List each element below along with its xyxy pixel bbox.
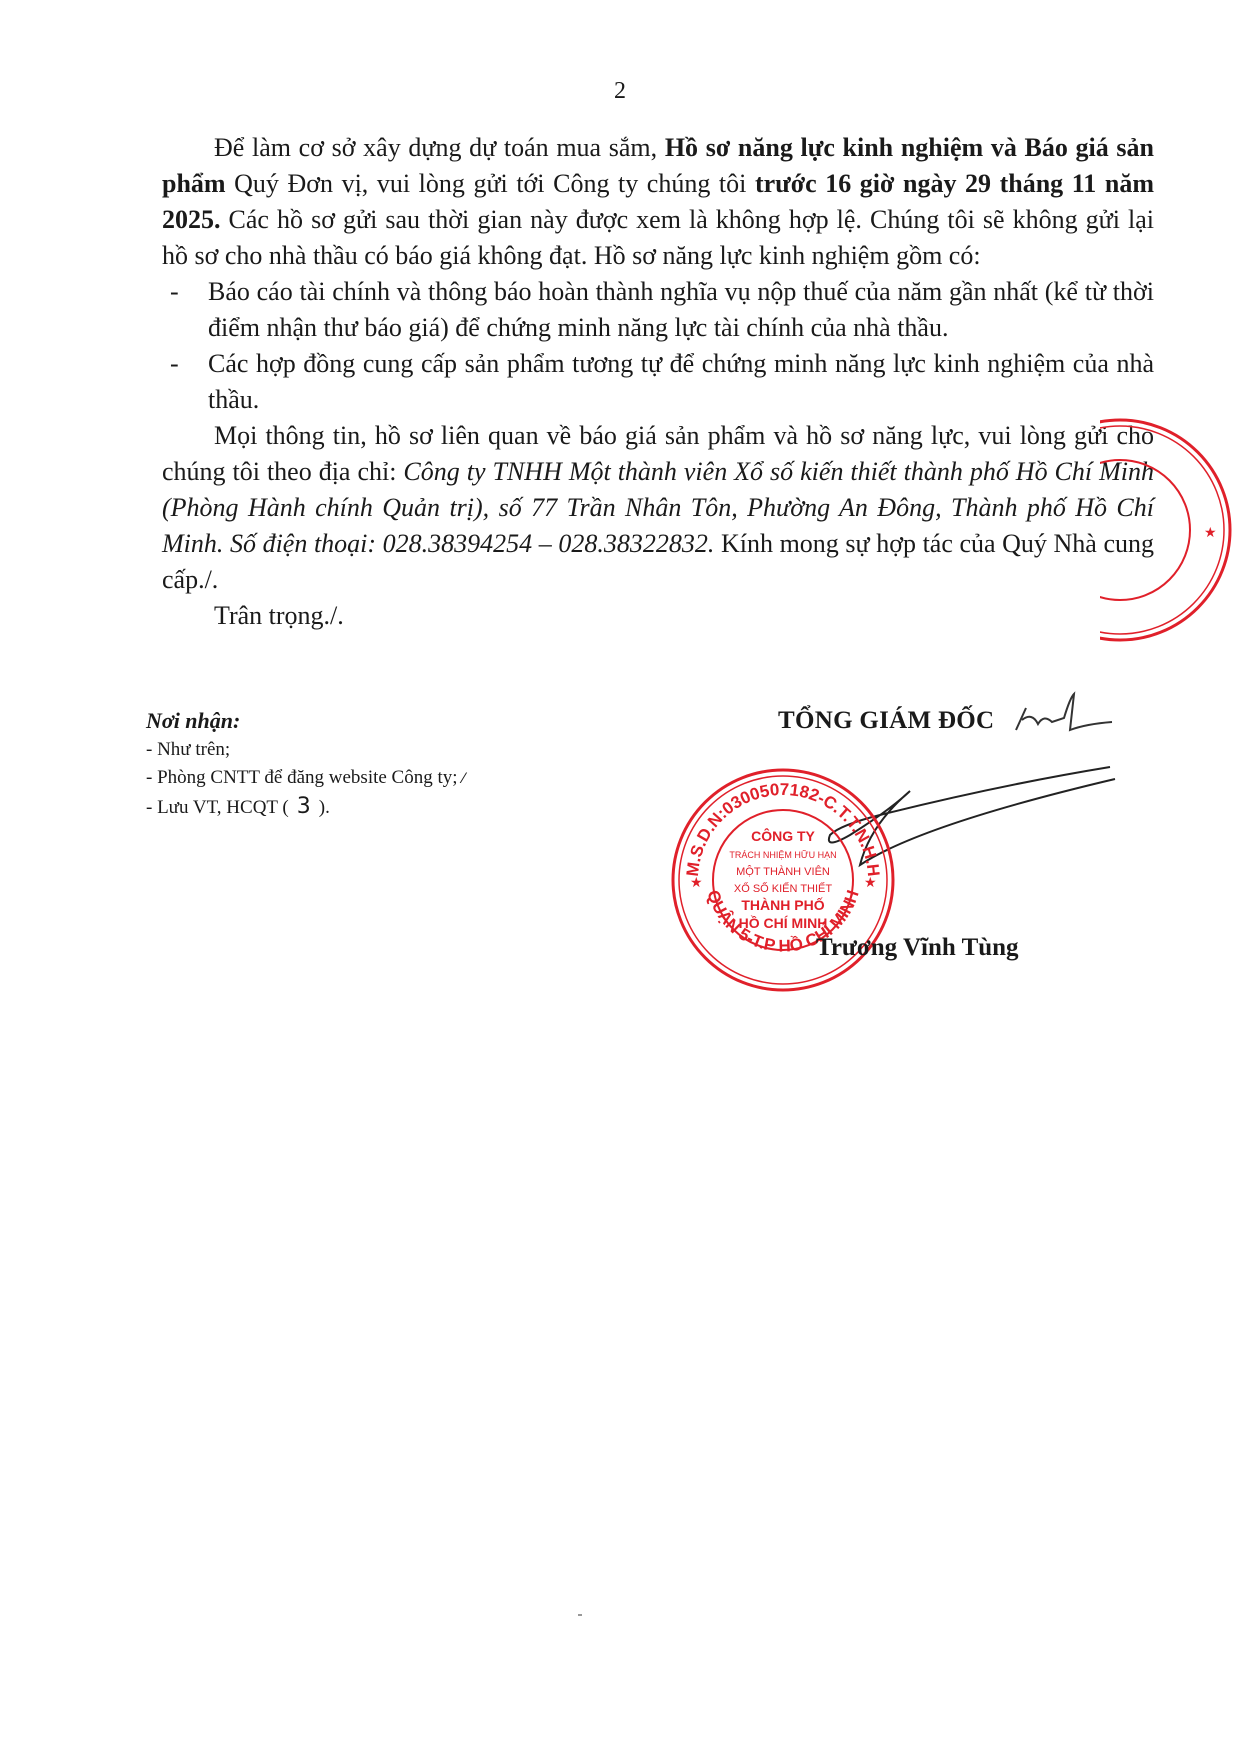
closing: Trân trọng./. [162,598,1154,634]
list-item-text: Các hợp đồng cung cấp sản phẩm tương tự … [208,349,1154,414]
scan-artifact [578,1614,582,1616]
paragraph-contact: Mọi thông tin, hồ sơ liên quan về báo gi… [162,418,1154,598]
recipient-item: - Phòng CNTT để đăng website Công ty; ⁄ [146,764,465,793]
svg-text:HỒ CHÍ MINH: HỒ CHÍ MINH [739,914,828,931]
dash-marker: - [170,274,179,310]
list-item: -Báo cáo tài chính và thông báo hoàn thà… [162,274,1154,346]
list-item: -Các hợp đồng cung cấp sản phẩm tương tự… [162,346,1154,418]
text-run: Để làm cơ sở xây dựng dự toán mua sắm, [214,133,665,162]
text-run: Quý Đơn vị, vui lòng gửi tới Công ty chú… [226,169,755,198]
signer-name: Trương Vĩnh Tùng [816,934,1019,962]
recipients-block: Nơi nhận: - Như trên; - Phòng CNTT để đă… [146,706,465,822]
svg-text:MỘT THÀNH VIÊN: MỘT THÀNH VIÊN [736,865,830,878]
requirements-list: -Báo cáo tài chính và thông báo hoàn thà… [162,274,1154,418]
paragraph-request: Để làm cơ sở xây dựng dự toán mua sắm, H… [162,130,1154,274]
svg-text:THÀNH PHỐ: THÀNH PHỐ [741,896,824,913]
dash-marker: - [170,346,179,382]
page-number: 2 [0,78,1240,105]
recipient-item: - Lưu VT, HCQT (3). [146,793,465,822]
recipient-item: - Như trên; [146,736,465,764]
initials-signature-icon [1008,690,1118,740]
svg-text:XỔ SỐ KIẾN THIẾT: XỔ SỐ KIẾN THIẾT [734,881,832,895]
svg-text:TRÁCH NHIỆM HỮU HẠN: TRÁCH NHIỆM HỮU HẠN [729,850,836,860]
svg-text:CÔNG TY: CÔNG TY [751,827,815,844]
handwritten-copies: 3 [289,794,319,819]
text-run: Các hồ sơ gửi sau thời gian này được xem… [162,205,1154,270]
letter-body: Để làm cơ sở xây dựng dự toán mua sắm, H… [162,130,1154,634]
recipient-text: - Lưu VT, HCQT ( [146,797,289,818]
recipient-text: - Phòng CNTT để đăng website Công ty; [146,767,458,788]
svg-text:★: ★ [1204,524,1217,540]
recipient-suffix: ). [319,797,330,818]
svg-text:★: ★ [864,874,877,890]
signatory-title: TỔNG GIÁM ĐỐC [778,707,994,735]
svg-text:★: ★ [690,874,703,890]
list-item-text: Báo cáo tài chính và thông báo hoàn thàn… [208,277,1154,342]
handwritten-tick: ⁄ [462,771,464,787]
partial-seal-icon: ★ [1100,415,1240,645]
recipients-label: Nơi nhận: [146,706,465,736]
